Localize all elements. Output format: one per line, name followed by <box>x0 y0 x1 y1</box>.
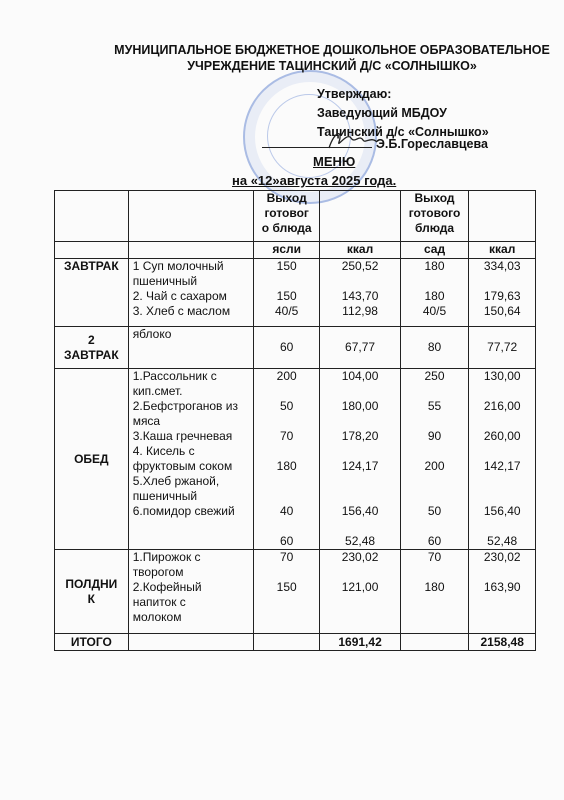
spacer <box>324 474 395 489</box>
value-sad: 70 <box>405 550 465 565</box>
subheader-nursery: ясли <box>253 242 320 259</box>
value-kcal2: 216,00 <box>473 399 531 414</box>
value-sad: 60 <box>405 534 465 549</box>
value-sad: 90 <box>405 429 465 444</box>
dish-name: 2.Кофейный <box>133 580 249 595</box>
dish-name: 3. Хлеб с маслом <box>133 304 249 319</box>
spacer <box>324 414 395 429</box>
dish-name: яблоко <box>133 327 249 342</box>
menu-date: на «12»августа 2025 года. <box>232 173 396 188</box>
dish-name: 1 Суп молочный <box>133 259 249 274</box>
spacer <box>405 519 465 534</box>
spacer <box>324 274 395 289</box>
spacer <box>324 519 395 534</box>
spacer <box>405 444 465 459</box>
spacer <box>324 384 395 399</box>
value-kcal1: 67,77 <box>324 340 395 355</box>
meal-row: ЗАВТРАК1 Суп молочныйпшеничный2. Чай с с… <box>55 259 536 327</box>
spacer <box>258 274 316 289</box>
value-sad: 40/5 <box>405 304 465 319</box>
value-kcal2: 260,00 <box>473 429 531 444</box>
dish-name: творогом <box>133 565 249 580</box>
header-text: Выход <box>405 191 465 206</box>
value-kcal1: 124,17 <box>324 459 395 474</box>
meal-name-text: ЗАВТРАК <box>59 259 124 274</box>
header-text: о блюда <box>258 221 316 236</box>
spacer <box>473 414 531 429</box>
total-label: ИТОГО <box>55 634 129 651</box>
total-kcal-nursery: 1691,42 <box>320 634 400 651</box>
dish-name: молоком <box>133 610 249 625</box>
spacer <box>324 565 395 580</box>
header-cell-empty <box>320 191 400 242</box>
approve-position: Заведующий МБДОУ <box>317 104 489 123</box>
spacer <box>405 565 465 580</box>
total-empty <box>128 634 253 651</box>
spacer <box>258 384 316 399</box>
dish-list: 1.Рассольник скип.смет.2.Бефстроганов из… <box>128 369 253 550</box>
spacer <box>258 565 316 580</box>
dish-list: яблоко <box>128 327 253 369</box>
approve-label: Утверждаю: <box>317 85 489 104</box>
value-kcal2: 334,03 <box>473 259 531 274</box>
meal-name: ПОЛДНИК <box>55 550 129 634</box>
meal-row: 2ЗАВТРАКяблоко6067,778077,72 <box>55 327 536 369</box>
value-kcal2: 150,64 <box>473 304 531 319</box>
value-column-sad: 70180 <box>400 550 469 634</box>
dish-name: пшеничный <box>133 274 249 289</box>
subheader-kcal-nursery: ккал <box>320 242 400 259</box>
value-yasli: 150 <box>258 580 316 595</box>
dish-name: пшеничный <box>133 489 249 504</box>
spacer <box>405 274 465 289</box>
value-kcal1: 143,70 <box>324 289 395 304</box>
dish-name: 1.Пирожок с <box>133 550 249 565</box>
meal-name-text: 2 <box>59 333 124 348</box>
header-text: Выход <box>258 191 316 206</box>
dish-name: 3.Каша гречневая <box>133 429 249 444</box>
header-cell-meal <box>55 191 129 242</box>
value-column-yasli: 20050701804060 <box>253 369 320 550</box>
value-kcal2: 156,40 <box>473 504 531 519</box>
dish-name: 4. Кисель с <box>133 444 249 459</box>
value-kcal2: 163,90 <box>473 580 531 595</box>
spacer <box>405 384 465 399</box>
meal-name: ОБЕД <box>55 369 129 550</box>
value-column-kcal1: 104,00180,00178,20124,17156,4052,48 <box>320 369 400 550</box>
value-yasli: 150 <box>258 259 316 274</box>
value-kcal2: 77,72 <box>473 340 531 355</box>
spacer <box>324 489 395 504</box>
value-column-kcal2: 130,00216,00260,00142,17156,4052,48 <box>469 369 536 550</box>
subheader-cell <box>55 242 129 259</box>
value-column-kcal1: 230,02121,00 <box>320 550 400 634</box>
spacer <box>405 489 465 504</box>
header-cell-empty <box>469 191 536 242</box>
dish-name: 6.помидор свежий <box>133 504 249 519</box>
value-kcal1: 121,00 <box>324 580 395 595</box>
spacer <box>473 565 531 580</box>
value-kcal2: 179,63 <box>473 289 531 304</box>
value-column-yasli: 60 <box>253 327 320 369</box>
value-kcal1: 230,02 <box>324 550 395 565</box>
subheader-garden: сад <box>400 242 469 259</box>
header-cell-yield-nursery: Выход готовог о блюда <box>253 191 320 242</box>
value-yasli: 40/5 <box>258 304 316 319</box>
value-sad: 200 <box>405 459 465 474</box>
value-kcal1: 156,40 <box>324 504 395 519</box>
value-kcal1: 112,98 <box>324 304 395 319</box>
dish-name: 2. Чай с сахаром <box>133 289 249 304</box>
dish-list: 1 Суп молочныйпшеничный2. Чай с сахаром3… <box>128 259 253 327</box>
value-column-kcal1: 250,52143,70112,98 <box>320 259 400 327</box>
value-column-kcal2: 334,03179,63150,64 <box>469 259 536 327</box>
spacer <box>258 414 316 429</box>
meal-name-text: ЗАВТРАК <box>59 348 124 363</box>
spacer <box>473 489 531 504</box>
value-yasli: 70 <box>258 550 316 565</box>
meal-name-text: К <box>59 592 124 607</box>
value-sad: 250 <box>405 369 465 384</box>
meal-name: ЗАВТРАК <box>55 259 129 327</box>
value-sad: 180 <box>405 259 465 274</box>
value-yasli: 150 <box>258 289 316 304</box>
header-cell-yield-garden: Выход готового блюда <box>400 191 469 242</box>
meal-name: 2ЗАВТРАК <box>55 327 129 369</box>
meal-name-text: ОБЕД <box>59 452 124 467</box>
menu-title: МЕНЮ <box>313 154 355 169</box>
spacer <box>258 519 316 534</box>
value-yasli: 50 <box>258 399 316 414</box>
spacer <box>405 474 465 489</box>
dish-name: кип.смет. <box>133 384 249 399</box>
table-subheader-row: ясли ккал сад ккал <box>55 242 536 259</box>
value-kcal2: 130,00 <box>473 369 531 384</box>
value-sad: 50 <box>405 504 465 519</box>
signer-row: Э.Б.Гореславцева <box>262 137 532 151</box>
dish-name: напиток с <box>133 595 249 610</box>
value-kcal1: 178,20 <box>324 429 395 444</box>
dish-name: 2.Бефстроганов из <box>133 399 249 414</box>
value-column-kcal1: 67,77 <box>320 327 400 369</box>
value-sad: 180 <box>405 580 465 595</box>
value-kcal1: 104,00 <box>324 369 395 384</box>
spacer <box>473 519 531 534</box>
spacer <box>473 474 531 489</box>
spacer <box>473 384 531 399</box>
header-text: блюда <box>405 221 465 236</box>
meal-row: ОБЕД1.Рассольник скип.смет.2.Бефстрогано… <box>55 369 536 550</box>
table-header-row: Выход готовог о блюда Выход готового блю… <box>55 191 536 242</box>
value-column-yasli: 70150 <box>253 550 320 634</box>
dish-name: 1.Рассольник с <box>133 369 249 384</box>
value-kcal1: 52,48 <box>324 534 395 549</box>
value-yasli: 70 <box>258 429 316 444</box>
signature-line <box>262 137 372 148</box>
total-empty <box>400 634 469 651</box>
value-kcal2: 230,02 <box>473 550 531 565</box>
value-yasli: 60 <box>258 534 316 549</box>
value-column-kcal2: 77,72 <box>469 327 536 369</box>
value-kcal1: 250,52 <box>324 259 395 274</box>
header-text: готовог <box>258 206 316 221</box>
value-kcal2: 142,17 <box>473 459 531 474</box>
organization-name: МУНИЦИПАЛЬНОЕ БЮДЖЕТНОЕ ДОШКОЛЬНОЕ ОБРАЗ… <box>100 42 564 74</box>
dish-name: мяса <box>133 414 249 429</box>
dish-name: 5.Хлеб ржаной, <box>133 474 249 489</box>
total-row: ИТОГО1691,422158,48 <box>55 634 536 651</box>
meal-name-text: ПОЛДНИ <box>59 577 124 592</box>
value-kcal2: 52,48 <box>473 534 531 549</box>
subheader-kcal-garden: ккал <box>469 242 536 259</box>
value-sad: 80 <box>405 340 465 355</box>
spacer <box>405 414 465 429</box>
value-column-sad: 80 <box>400 327 469 369</box>
value-yasli: 60 <box>258 340 316 355</box>
value-column-yasli: 15015040/5 <box>253 259 320 327</box>
approval-block: Утверждаю: Заведующий МБДОУ Тацинский д/… <box>317 85 489 142</box>
value-yasli: 40 <box>258 504 316 519</box>
value-column-sad: 18018040/5 <box>400 259 469 327</box>
spacer <box>473 444 531 459</box>
menu-table: Выход готовог о блюда Выход готового блю… <box>54 190 536 651</box>
dish-name: фруктовым соком <box>133 459 249 474</box>
header-text: готового <box>405 206 465 221</box>
spacer <box>473 274 531 289</box>
total-kcal-garden: 2158,48 <box>469 634 536 651</box>
spacer <box>324 444 395 459</box>
value-yasli: 200 <box>258 369 316 384</box>
spacer <box>258 489 316 504</box>
subheader-cell <box>128 242 253 259</box>
value-kcal1: 180,00 <box>324 399 395 414</box>
value-sad: 180 <box>405 289 465 304</box>
spacer <box>258 474 316 489</box>
dish-list: 1.Пирожок створогом2.Кофейныйнапиток смо… <box>128 550 253 634</box>
header-cell-dish <box>128 191 253 242</box>
total-empty <box>253 634 320 651</box>
value-column-sad: 25055902005060 <box>400 369 469 550</box>
org-line-2: УЧРЕЖДЕНИЕ ТАЦИНСКИЙ Д/С «СОЛНЫШКО» <box>100 58 564 74</box>
value-yasli: 180 <box>258 459 316 474</box>
spacer <box>258 444 316 459</box>
meal-row: ПОЛДНИК1.Пирожок створогом2.Кофейныйнапи… <box>55 550 536 634</box>
value-column-kcal2: 230,02163,90 <box>469 550 536 634</box>
signer-name: Э.Б.Гореславцева <box>376 137 488 151</box>
value-sad: 55 <box>405 399 465 414</box>
org-line-1: МУНИЦИПАЛЬНОЕ БЮДЖЕТНОЕ ДОШКОЛЬНОЕ ОБРАЗ… <box>100 42 564 58</box>
